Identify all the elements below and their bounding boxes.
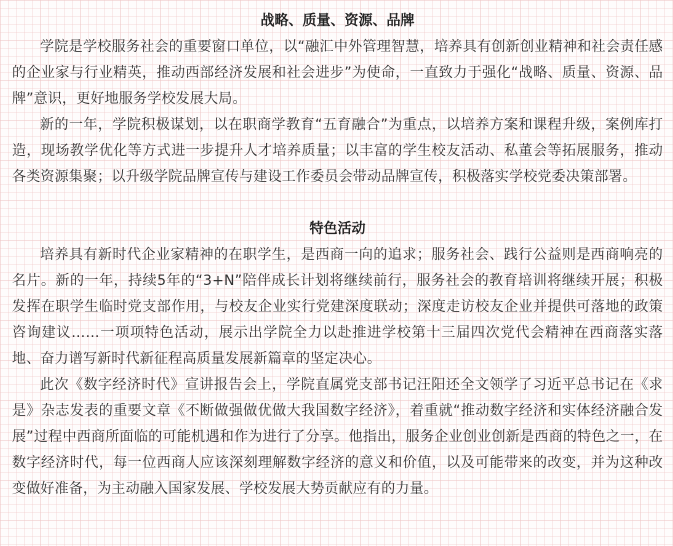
section-spacer (12, 190, 663, 216)
section-title-activities: 特色活动 (12, 216, 663, 242)
paragraph: 培养具有新时代企业家精神的在职学生，是西商一向的追求；服务社会、践行公益则是西商… (12, 242, 663, 372)
section-title-strategy: 战略、质量、资源、品牌 (12, 8, 663, 34)
paragraph: 此次《数字经济时代》宣讲报告会上，学院直属党支部书记汪阳还全文领学了习近平总书记… (12, 372, 663, 502)
paragraph: 学院是学校服务社会的重要窗口单位，以“融汇中外管理智慧，培养具有创新创业精神和社… (12, 34, 663, 112)
article-body: 战略、质量、资源、品牌 学院是学校服务社会的重要窗口单位，以“融汇中外管理智慧，… (0, 0, 673, 502)
paragraph: 新的一年，学院积极谋划，以在职商学教育“五育融合”为重点，以培养方案和课程升级，… (12, 112, 663, 190)
